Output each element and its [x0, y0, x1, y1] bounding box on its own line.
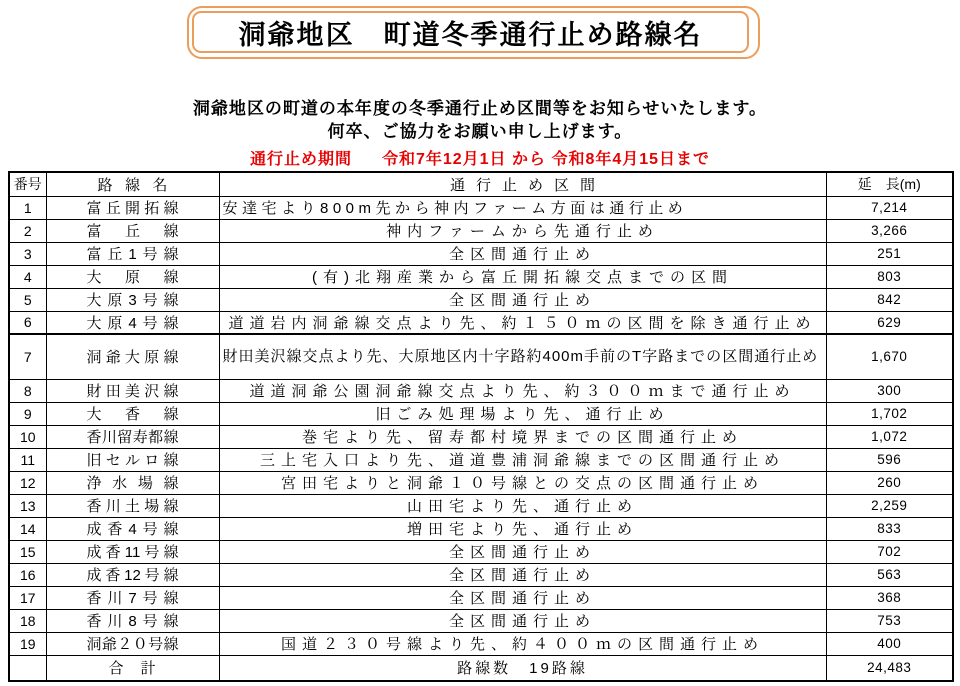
header-route-name: 路線名 [46, 172, 219, 196]
page-title: 洞爺地区 町道冬季通行止め路線名 [239, 13, 703, 52]
closure-section-cell: 全区間通行止め [219, 242, 826, 265]
length-cell: 1,670 [826, 334, 953, 379]
route-name-cell: 大原線 [46, 265, 219, 288]
route-number-cell: 7 [9, 334, 46, 379]
route-number-cell: 15 [9, 540, 46, 563]
closure-section-cell: 道道岩内洞爺線交点より先、約１５０ｍの区間を除き通行止め [219, 311, 826, 334]
route-name-cell: 成香11号線 [46, 540, 219, 563]
route-name-text: 大原3号線 [87, 289, 179, 310]
closure-section-cell: 全区間通行止め [219, 288, 826, 311]
length-cell: 833 [826, 517, 953, 540]
length-cell: 842 [826, 288, 953, 311]
route-number-cell: 19 [9, 632, 46, 655]
route-name-cell: 洞爺２０号線 [46, 632, 219, 655]
route-number-cell: 12 [9, 471, 46, 494]
closure-section-cell: 神内ファームから先通行止め [219, 219, 826, 242]
total-row: 合 計 路線数 19路線 24,483 [9, 655, 953, 681]
route-name-cell: 浄水場線 [46, 471, 219, 494]
route-name-text: 香川8号線 [87, 610, 179, 631]
table-row: 10香川留寿都線巻宅より先、留寿都村境界までの区間通行止め1,072 [9, 425, 953, 448]
route-number-cell: 4 [9, 265, 46, 288]
route-number-cell: 6 [9, 311, 46, 334]
total-length-value: 24,483 [826, 655, 953, 681]
route-number-cell: 3 [9, 242, 46, 265]
route-name-cell: 財田美沢線 [46, 379, 219, 402]
total-number-cell [9, 655, 46, 681]
table-row: 14成香4号線増田宅より先、通行止め833 [9, 517, 953, 540]
table-row: 6大原4号線道道岩内洞爺線交点より先、約１５０ｍの区間を除き通行止め629 [9, 311, 953, 334]
table-row: 13香川土場線山田宅より先、通行止め2,259 [9, 494, 953, 517]
closure-section-cell: 巻宅より先、留寿都村境界までの区間通行止め [219, 425, 826, 448]
closure-section-cell: 三上宅入口より先、道道豊浦洞爺線までの区間通行止め [219, 448, 826, 471]
table-row: 8財田美沢線道道洞爺公園洞爺線交点より先、約３００ｍまで通行止め300 [9, 379, 953, 402]
title-box: 洞爺地区 町道冬季通行止め路線名 [187, 6, 760, 59]
route-name-text: 財田美沢線 [87, 380, 179, 401]
length-cell: 3,266 [826, 219, 953, 242]
closure-section-cell: (有)北翔産業から富丘開拓線交点までの区間 [219, 265, 826, 288]
route-name-cell: 香川8号線 [46, 609, 219, 632]
route-name-text: 成香12号線 [87, 564, 179, 585]
table-row: 7洞爺大原線財田美沢線交点より先、大原地区内十字路約400m手前のT字路までの区… [9, 334, 953, 379]
route-name-text: 大香線 [87, 403, 179, 424]
route-name-text: 香川留寿都線 [87, 426, 179, 447]
table-row: 16成香12号線全区間通行止め563 [9, 563, 953, 586]
table-row: 15成香11号線全区間通行止め702 [9, 540, 953, 563]
route-number-cell: 5 [9, 288, 46, 311]
closure-section-cell: 全区間通行止め [219, 563, 826, 586]
length-cell: 753 [826, 609, 953, 632]
route-number-cell: 10 [9, 425, 46, 448]
route-number-cell: 13 [9, 494, 46, 517]
closure-section-cell: 全区間通行止め [219, 540, 826, 563]
length-cell: 2,259 [826, 494, 953, 517]
closure-section-cell: 国道２３０号線より先、約４００ｍの区間通行止め [219, 632, 826, 655]
route-name-cell: 旧セルロ線 [46, 448, 219, 471]
table-row: 5大原3号線全区間通行止め842 [9, 288, 953, 311]
route-name-text: 大原線 [87, 266, 179, 287]
table-row: 3富丘1号線全区間通行止め251 [9, 242, 953, 265]
table-row: 18香川8号線全区間通行止め753 [9, 609, 953, 632]
route-name-text: 大原4号線 [87, 312, 179, 333]
header-length: 延 長(m) [826, 172, 953, 196]
table-row: 11旧セルロ線三上宅入口より先、道道豊浦洞爺線までの区間通行止め596 [9, 448, 953, 471]
route-name-text: 香川7号線 [87, 587, 179, 608]
length-cell: 1,072 [826, 425, 953, 448]
closure-table: 番号 路線名 通行止め区間 延 長(m) 1富丘開拓線安達宅より800m先から神… [8, 171, 954, 682]
closure-section-cell: 財田美沢線交点より先、大原地区内十字路約400m手前のT字路までの区間通行止め [219, 334, 826, 379]
length-cell: 400 [826, 632, 953, 655]
route-name-cell: 香川7号線 [46, 586, 219, 609]
length-cell: 1,702 [826, 402, 953, 425]
table-header-row: 番号 路線名 通行止め区間 延 長(m) [9, 172, 953, 196]
route-name-cell: 大香線 [46, 402, 219, 425]
route-name-cell: 富丘開拓線 [46, 196, 219, 219]
route-number-cell: 14 [9, 517, 46, 540]
closure-period: 通行止め期間 令和7年12月1日 から 令和8年4月15日まで [0, 146, 960, 169]
closure-period-value: 令和7年12月1日 から 令和8年4月15日まで [382, 146, 710, 169]
route-name-text: 富丘開拓線 [87, 197, 179, 218]
closure-section-cell: 山田宅より先、通行止め [219, 494, 826, 517]
length-cell: 260 [826, 471, 953, 494]
route-name-text: 成香4号線 [87, 518, 179, 539]
route-number-cell: 17 [9, 586, 46, 609]
length-cell: 629 [826, 311, 953, 334]
route-name-text: 旧セルロ線 [87, 449, 179, 470]
length-cell: 702 [826, 540, 953, 563]
route-name-cell: 成香4号線 [46, 517, 219, 540]
route-name-text: 香川土場線 [87, 495, 179, 516]
closure-section-cell: 旧ごみ処理場より先、通行止め [219, 402, 826, 425]
closure-section-cell: 全区間通行止め [219, 609, 826, 632]
closure-period-label: 通行止め期間 [250, 146, 352, 169]
route-name-text: 洞爺２０号線 [87, 633, 179, 654]
route-number-cell: 11 [9, 448, 46, 471]
closure-section-cell: 全区間通行止め [219, 586, 826, 609]
route-number-cell: 2 [9, 219, 46, 242]
table-row: 19洞爺２０号線国道２３０号線より先、約４００ｍの区間通行止め400 [9, 632, 953, 655]
route-name-cell: 大原3号線 [46, 288, 219, 311]
route-number-cell: 18 [9, 609, 46, 632]
table-row: 9大香線旧ごみ処理場より先、通行止め1,702 [9, 402, 953, 425]
table-row: 2富丘線神内ファームから先通行止め3,266 [9, 219, 953, 242]
intro-line-1: 洞爺地区の町道の本年度の冬季通行止め区間等をお知らせいたします。 [0, 97, 960, 120]
total-route-count: 路線数 19路線 [219, 655, 826, 681]
length-cell: 251 [826, 242, 953, 265]
route-number-cell: 1 [9, 196, 46, 219]
length-cell: 7,214 [826, 196, 953, 219]
closure-section-cell: 増田宅より先、通行止め [219, 517, 826, 540]
route-name-text: 洞爺大原線 [87, 346, 179, 367]
route-name-cell: 富丘1号線 [46, 242, 219, 265]
length-cell: 368 [826, 586, 953, 609]
route-name-text: 浄水場線 [87, 472, 179, 493]
route-name-cell: 洞爺大原線 [46, 334, 219, 379]
length-cell: 596 [826, 448, 953, 471]
route-name-text: 富丘1号線 [87, 243, 179, 264]
route-number-cell: 8 [9, 379, 46, 402]
table-row: 12浄水場線宮田宅よりと洞爺１０号線との交点の区間通行止め260 [9, 471, 953, 494]
length-cell: 300 [826, 379, 953, 402]
route-name-text: 富丘線 [87, 220, 179, 241]
length-cell: 803 [826, 265, 953, 288]
route-name-cell: 香川土場線 [46, 494, 219, 517]
closure-section-cell: 宮田宅よりと洞爺１０号線との交点の区間通行止め [219, 471, 826, 494]
intro-text: 洞爺地区の町道の本年度の冬季通行止め区間等をお知らせいたします。 何卒、ご協力を… [0, 97, 960, 143]
intro-line-2: 何卒、ご協力をお願い申し上げます。 [0, 120, 960, 143]
route-name-text: 成香11号線 [87, 541, 179, 562]
route-number-cell: 9 [9, 402, 46, 425]
title-box-inner: 洞爺地区 町道冬季通行止め路線名 [192, 11, 749, 53]
closure-section-cell: 道道洞爺公園洞爺線交点より先、約３００ｍまで通行止め [219, 379, 826, 402]
length-cell: 563 [826, 563, 953, 586]
header-closure-section: 通行止め区間 [219, 172, 826, 196]
route-name-cell: 富丘線 [46, 219, 219, 242]
document-page: 洞爺地区 町道冬季通行止め路線名 洞爺地区の町道の本年度の冬季通行止め区間等をお… [0, 0, 960, 686]
route-number-cell: 16 [9, 563, 46, 586]
route-name-cell: 大原4号線 [46, 311, 219, 334]
table-row: 4大原線(有)北翔産業から富丘開拓線交点までの区間803 [9, 265, 953, 288]
table-row: 17香川7号線全区間通行止め368 [9, 586, 953, 609]
table-row: 1富丘開拓線安達宅より800m先から神内ファーム方面は通行止め7,214 [9, 196, 953, 219]
header-number: 番号 [9, 172, 46, 196]
route-name-cell: 成香12号線 [46, 563, 219, 586]
closure-section-cell: 安達宅より800m先から神内ファーム方面は通行止め [219, 196, 826, 219]
total-label: 合 計 [46, 655, 219, 681]
route-name-cell: 香川留寿都線 [46, 425, 219, 448]
